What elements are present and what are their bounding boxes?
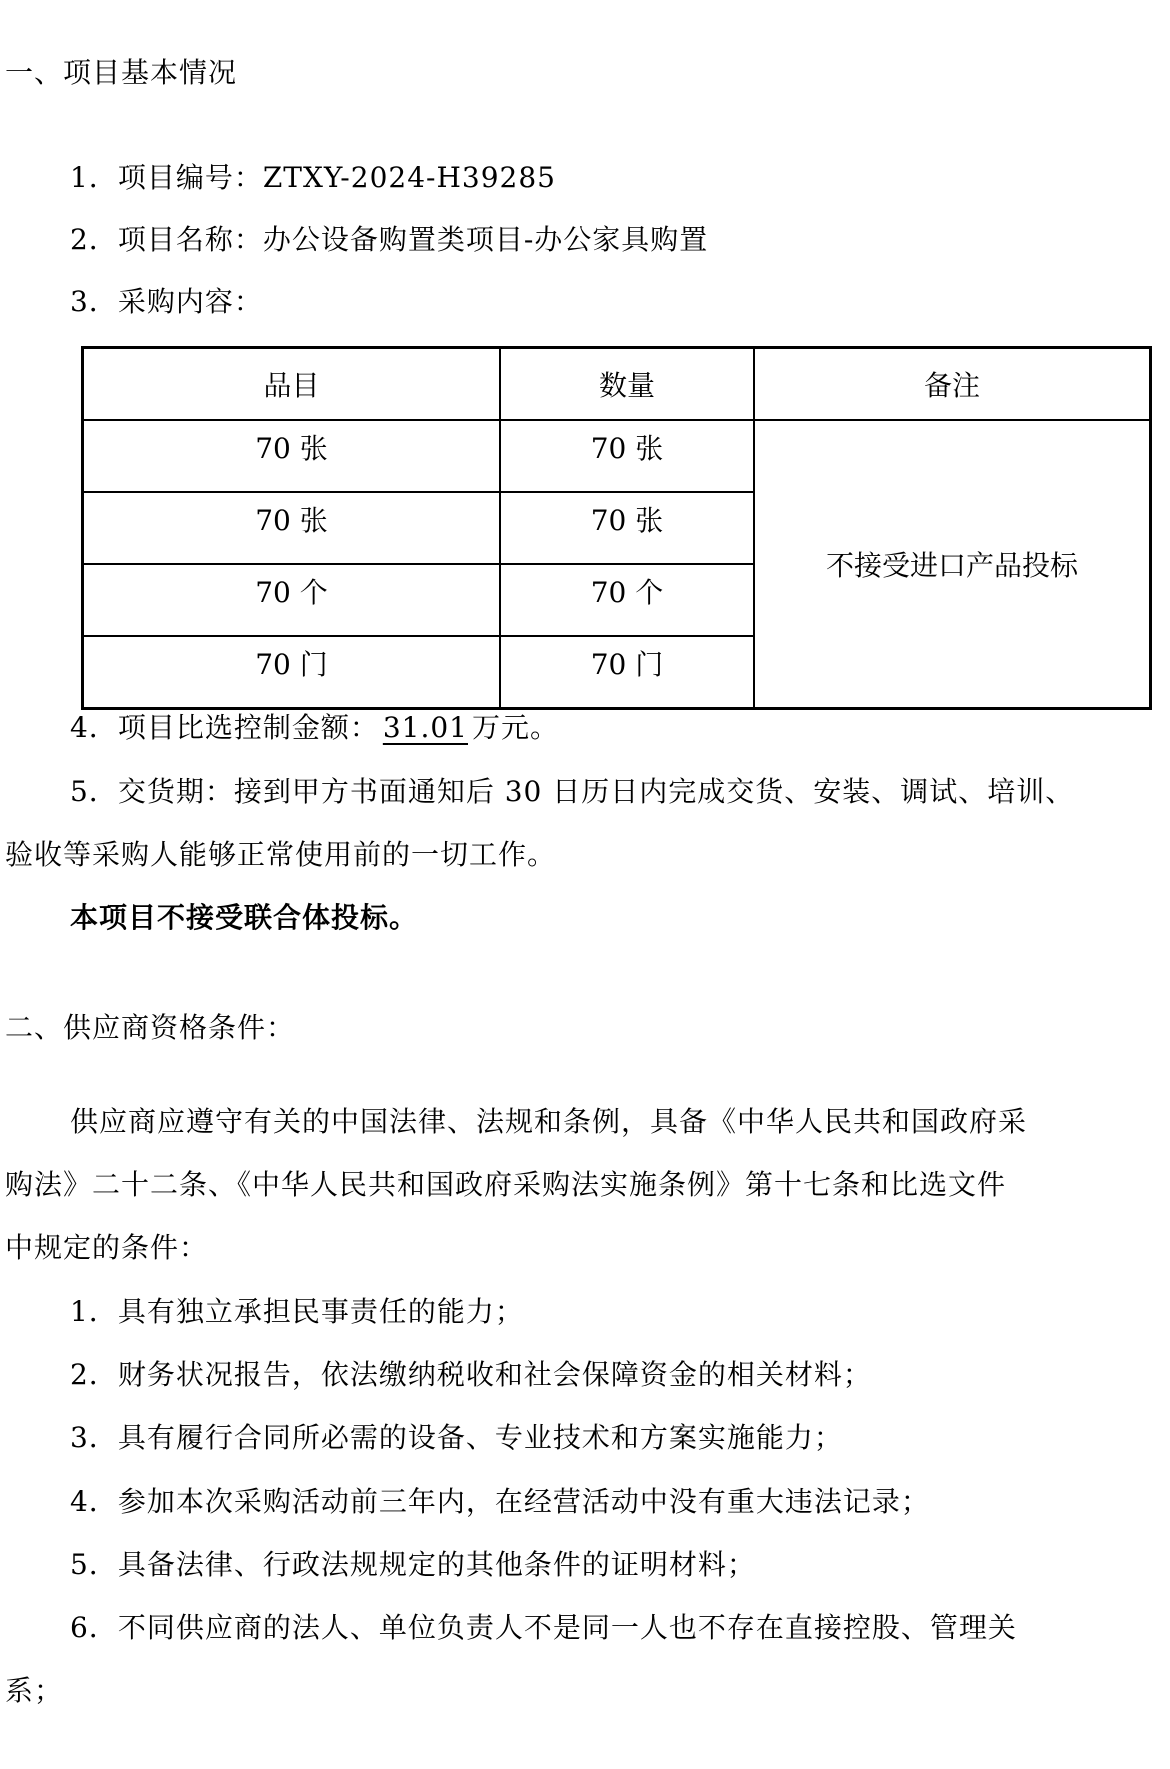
section1-heading: 一、项目基本情况 (5, 55, 237, 91)
procurement-table: 品目 数量 备注 70 张 70 张 不接受进口产品投标 70 张 70 张 7… (81, 346, 1152, 710)
cell-item: 70 门 (83, 636, 501, 709)
header-note: 备注 (754, 348, 1151, 421)
header-quantity: 数量 (500, 348, 754, 421)
intro-line-3: 中规定的条件： (5, 1230, 208, 1266)
condition-5: 5．具备法律、行政法规规定的其他条件的证明材料； (70, 1547, 756, 1583)
project-number-value: ZTXY-2024-H39285 (263, 161, 556, 194)
cell-quantity: 70 张 (500, 420, 754, 492)
header-item: 品目 (83, 348, 501, 421)
budget-value: 31.01 (379, 711, 472, 744)
cell-quantity: 70 个 (500, 564, 754, 636)
consortium-notice: 本项目不接受联合体投标。 (70, 900, 418, 936)
table-header-row: 品目 数量 备注 (83, 348, 1151, 421)
intro-line-1: 供应商应遵守有关的中国法律、法规和条例，具备《中华人民共和国政府采 (70, 1104, 1027, 1140)
cell-quantity: 70 门 (500, 636, 754, 709)
condition-6: 6．不同供应商的法人、单位负责人不是同一人也不存在直接控股、管理关 (70, 1610, 1017, 1646)
intro-line-2: 购法》二十二条、《中华人民共和国政府采购法实施条例》第十七条和比选文件 (5, 1167, 1006, 1203)
project-name-value: 办公设备购置类项目-办公家具购置 (263, 223, 708, 256)
condition-4: 4．参加本次采购活动前三年内，在经营活动中没有重大违法记录； (70, 1484, 930, 1520)
condition-6-continued: 系； (5, 1673, 63, 1709)
project-number-line: 1．项目编号：ZTXY-2024-H39285 (70, 160, 556, 196)
cell-quantity: 70 张 (500, 492, 754, 564)
cell-item: 70 张 (83, 492, 501, 564)
cell-note: 不接受进口产品投标 (754, 420, 1151, 709)
budget-line: 4．项目比选控制金额：31.01万元。 (70, 710, 559, 746)
budget-unit: 万元。 (472, 711, 559, 744)
delivery-line-2: 验收等采购人能够正常使用前的一切工作。 (5, 837, 556, 873)
condition-1: 1．具有独立承担民事责任的能力； (70, 1294, 524, 1330)
condition-3: 3．具有履行合同所必需的设备、专业技术和方案实施能力； (70, 1420, 843, 1456)
project-name-label: 2．项目名称： (70, 223, 263, 256)
cell-item: 70 个 (83, 564, 501, 636)
project-name-line: 2．项目名称：办公设备购置类项目-办公家具购置 (70, 222, 708, 258)
table-row: 70 张 70 张 不接受进口产品投标 (83, 420, 1151, 492)
section2-heading: 二、供应商资格条件： (5, 1010, 295, 1046)
procurement-content-label: 3．采购内容： (70, 284, 263, 320)
cell-item: 70 张 (83, 420, 501, 492)
condition-2: 2．财务状况报告，依法缴纳税收和社会保障资金的相关材料； (70, 1357, 872, 1393)
project-number-label: 1．项目编号： (70, 161, 263, 194)
delivery-line-1: 5．交货期：接到甲方书面通知后 30 日历日内完成交货、安装、调试、培训、 (70, 774, 1074, 810)
budget-label: 4．项目比选控制金额： (70, 711, 379, 744)
